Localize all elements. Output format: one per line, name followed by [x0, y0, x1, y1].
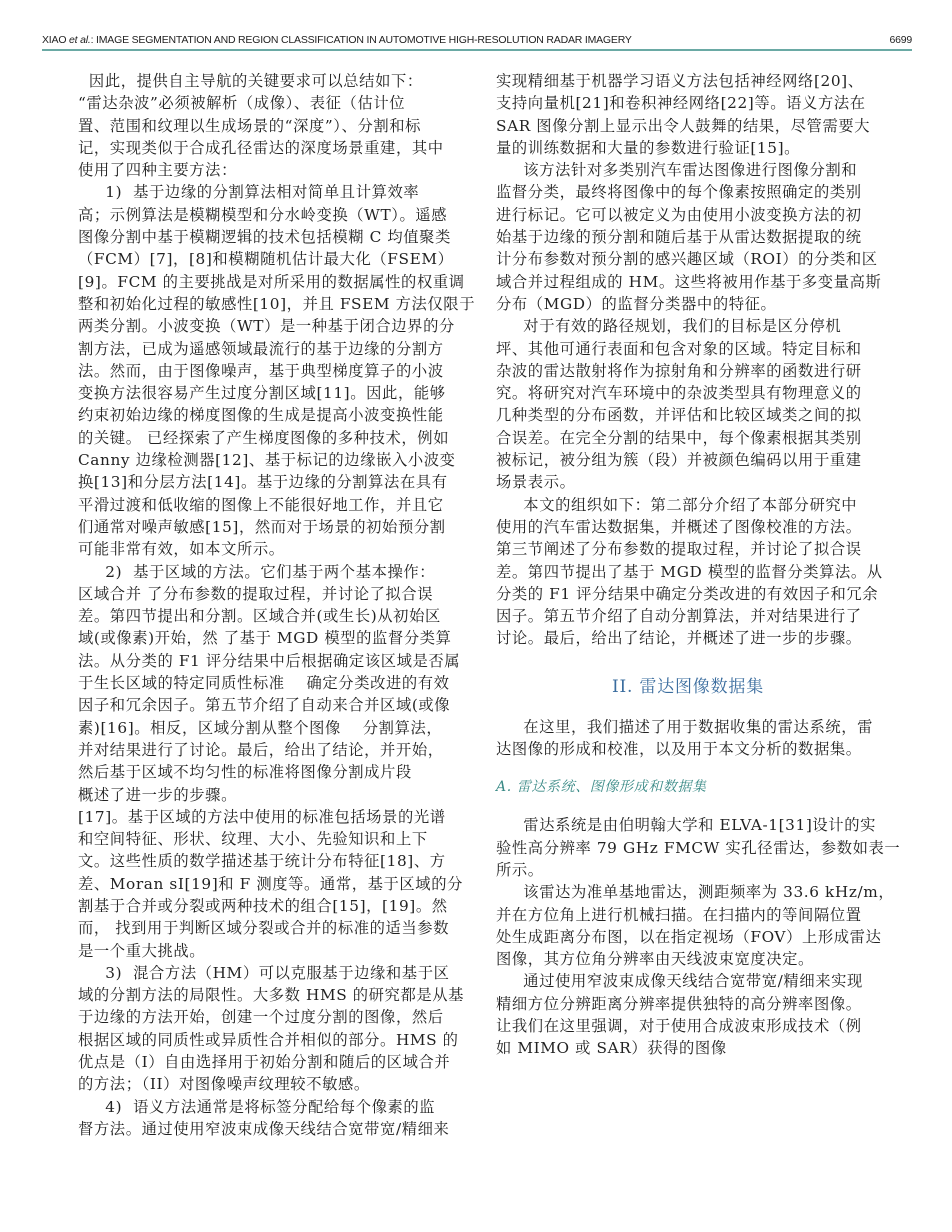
- right-column: 实现精细基于机器学习语义方法包括神经网络[20]、支持向量机[21]和卷积神经网…: [496, 70, 880, 1060]
- text-line: 1) 基于边缘的分割算法相对简单且计算效率: [78, 181, 462, 203]
- text-line: 让我们在这里强调，对于使用合成波束形成技术（例: [496, 1015, 880, 1037]
- text-line: 因此，提供自主导航的关键要求可以总结如下：: [78, 70, 462, 92]
- author-etal: et al.: [69, 34, 91, 46]
- spacer: [496, 760, 880, 774]
- section-heading: II. 雷达图像数据集: [496, 672, 880, 702]
- text-line: 然后基于区域不均匀性的标准将图像分割成片段: [78, 761, 462, 783]
- text-line: 因子和冗余因子。第五节介绍了自动来合并区域(或像: [78, 694, 462, 716]
- text-line: 差。第四节提出了基于 MGD 模型的监督分类算法。从: [496, 561, 880, 583]
- text-line: 量的训练数据和大量的参数进行验证[15]。: [496, 137, 880, 159]
- text-line: 督方法。通过使用窄波束成像天线结合宽带宽/精细来: [78, 1118, 462, 1140]
- section-intro: 在这里，我们描述了用于数据收集的雷达系统，雷达图像的形成和校准，以及用于本文分析…: [496, 716, 880, 761]
- page-number: 6699: [889, 34, 912, 46]
- text-line: 域合并过程组成的 HM。这些将被用作基于多变量高斯: [496, 271, 880, 293]
- text-line: 记，实现类似于合成孔径雷达的深度场景重建，其中: [78, 137, 462, 159]
- text-line: 几种类型的分布函数，并评估和比较区域类之间的拟: [496, 404, 880, 426]
- text-line: 精细方位分辨距离分辨率提供独特的高分辨率图像。: [496, 993, 880, 1015]
- text-line: 2) 基于区域的方法。它们基于两个基本操作：: [78, 561, 462, 583]
- text-line: 3) 混合方法（HM）可以克服基于边缘和基于区: [78, 962, 462, 984]
- text-line: 该雷达为准单基地雷达，测距频率为 33.6 kHz/m，: [496, 881, 880, 903]
- text-line: 于生长区域的特定同质性标准 确定分类改进的有效: [78, 672, 462, 694]
- text-line: 处生成距离分布图，以在指定视场（FOV）上形成雷达: [496, 926, 880, 948]
- text-line: 使用的汽车雷达数据集，并概述了图像校准的方法。: [496, 516, 880, 538]
- text-line: 达图像的形成和校准，以及用于本文分析的数据集。: [496, 738, 880, 760]
- text-line: 概述了进一步的步骤。: [78, 784, 462, 806]
- text-line: 割方法，已成为遥感领域最流行的基于边缘的分割方: [78, 338, 462, 360]
- text-line: 讨论。最后，给出了结论，并概述了进一步的步骤。: [496, 627, 880, 649]
- text-line: [17]。基于区域的方法中使用的标准包括场景的光谱: [78, 806, 462, 828]
- text-line: SAR 图像分割上显示出令人鼓舞的结果，尽管需要大: [496, 115, 880, 137]
- spacer: [496, 800, 880, 814]
- text-line: 根据区域的同质性或异质性合并相似的部分。HMS 的: [78, 1029, 462, 1051]
- text-line: Canny 边缘检测器[12]、基于标记的边缘嵌入小波变: [78, 449, 462, 471]
- text-line: 计分布参数对预分割的感兴趣区域（ROI）的分类和区: [496, 248, 880, 270]
- text-line: 图像，其方位角分辨率由天线波束宽度决定。: [496, 948, 880, 970]
- text-line: 法。从分类的 F1 评分结果中后根据确定该区域是否属: [78, 650, 462, 672]
- text-line: 究。将研究对汽车环境中的杂波类型具有物理意义的: [496, 382, 880, 404]
- text-line: 4) 语义方法通常是将标签分配给每个像素的监: [78, 1096, 462, 1118]
- text-line: 因子。第五节介绍了自动分割算法，并对结果进行了: [496, 605, 880, 627]
- text-line: 换[13]和分层方法[14]。基于边缘的分割算法在具有: [78, 471, 462, 493]
- text-line: 文。这些性质的数学描述基于统计分布特征[18]、方: [78, 850, 462, 872]
- text-line: 对于有效的路径规划，我们的目标是区分停机: [496, 315, 880, 337]
- subsection-heading: A. 雷达系统、图像形成和数据集: [496, 774, 880, 800]
- paper-title: : IMAGE SEGMENTATION AND REGION CLASSIFI…: [91, 34, 632, 46]
- text-line: 和空间特征、形状、纹理、大小、先验知识和上下: [78, 828, 462, 850]
- text-line: 本文的组织如下：第二部分介绍了本部分研究中: [496, 494, 880, 516]
- text-line: 监督分类，最终将图像中的每个像素按照确定的类别: [496, 181, 880, 203]
- text-line: 图像分割中基于模糊逻辑的技术包括模糊 C 均值聚类: [78, 226, 462, 248]
- text-line: 始基于边缘的预分割和随后基于从雷达数据提取的统: [496, 226, 880, 248]
- text-line: 雷达系统是由伯明翰大学和 ELVA-1[31]设计的实: [496, 814, 880, 836]
- text-line: 通过使用窄波束成像天线结合宽带宽/精细来实现: [496, 970, 880, 992]
- text-line: 优点是（I）自由选择用于初始分割和随后的区域合并: [78, 1051, 462, 1073]
- text-line: [9]。FCM 的主要挑战是对所采用的数据属性的权重调: [78, 271, 462, 293]
- text-line: 所示。: [496, 859, 880, 881]
- text-line: 合误差。在完全分割的结果中，每个像素根据其类别: [496, 427, 880, 449]
- text-line: 两类分割。小波变换（WT）是一种基于闭合边界的分: [78, 315, 462, 337]
- text-line: 素)[16]。相反，区域分割从整个图像 分割算法，: [78, 717, 462, 739]
- text-line: 约束初始边缘的梯度图像的生成是提高小波变换性能: [78, 404, 462, 426]
- text-line: 分类的 F1 评分结果中确定分类改进的有效因子和冗余: [496, 583, 880, 605]
- text-line: 在这里，我们描述了用于数据收集的雷达系统，雷: [496, 716, 880, 738]
- text-line: 们通常对噪声敏感[15]，然而对于场景的初始预分割: [78, 516, 462, 538]
- text-line: 法。然而，由于图像噪声，基于典型梯度算子的小波: [78, 360, 462, 382]
- text-line: 如 MIMO 或 SAR）获得的图像: [496, 1037, 880, 1059]
- text-line: 可能非常有效，如本文所示。: [78, 538, 462, 560]
- text-line: 实现精细基于机器学习语义方法包括神经网络[20]、: [496, 70, 880, 92]
- header-rule: [42, 49, 912, 51]
- text-line: 并对结果进行了讨论。最后，给出了结论，并开始，: [78, 739, 462, 761]
- text-line: 的关键。 已经探索了产生梯度图像的多种技术，例如: [78, 427, 462, 449]
- text-line: 进行标记。它可以被定义为由使用小波变换方法的初: [496, 204, 880, 226]
- text-line: 使用了四种主要方法：: [78, 159, 462, 181]
- text-line: 第三节阐述了分布参数的提取过程，并讨论了拟合误: [496, 538, 880, 560]
- spacer: [496, 650, 880, 664]
- text-line: 被标记，被分组为簇（段）并被颜色编码以用于重建: [496, 449, 880, 471]
- text-line: “雷达杂波”必须被解析（成像）、表征（估计位: [78, 92, 462, 114]
- text-line: 割基于合并或分裂或两种技术的组合[15]，[19]。然: [78, 895, 462, 917]
- text-line: 区域合并 了分布参数的提取过程，并讨论了拟合误: [78, 583, 462, 605]
- text-line: 差、Moran sI[19]和 F 测度等。通常，基于区域的分: [78, 873, 462, 895]
- text-line: 支持向量机[21]和卷积神经网络[22]等。语义方法在: [496, 92, 880, 114]
- text-line: 整和初始化过程的敏感性[10]，并且 FSEM 方法仅限于: [78, 293, 462, 315]
- text-line: 该方法针对多类别汽车雷达图像进行图像分割和: [496, 159, 880, 181]
- text-line: 坪、其他可通行表面和包含对象的区域。特定目标和: [496, 338, 880, 360]
- author-name: XIAO: [42, 34, 69, 46]
- text-line: 域的分割方法的局限性。大多数 HMS 的研究都是从基: [78, 984, 462, 1006]
- text-line: 杂波的雷达散射将作为掠射角和分辨率的函数进行研: [496, 360, 880, 382]
- text-line: 场景表示。: [496, 471, 880, 493]
- running-header: XIAO et al.: IMAGE SEGMENTATION AND REGI…: [42, 34, 912, 48]
- running-title: XIAO et al.: IMAGE SEGMENTATION AND REGI…: [42, 34, 632, 46]
- text-line: 差。第四节提出和分割。区域合并(或生长)从初始区: [78, 605, 462, 627]
- text-line: 分布（MGD）的监督分类器中的特征。: [496, 293, 880, 315]
- text-line: 是一个重大挑战。: [78, 940, 462, 962]
- text-line: （FCM）[7]，[8]和模糊随机估计最大化（FSEM）: [78, 248, 462, 270]
- left-column: 因此，提供自主导航的关键要求可以总结如下：“雷达杂波”必须被解析（成像）、表征（…: [78, 70, 462, 1140]
- spacer: [496, 702, 880, 716]
- text-line: 高；示例算法是模糊模型和分水岭变换（WT）。遥感: [78, 204, 462, 226]
- text-line: 变换方法很容易产生过度分割区域[11]。因此，能够: [78, 382, 462, 404]
- text-line: 于边缘的方法开始，创建一个过度分割的图像，然后: [78, 1006, 462, 1028]
- text-line: 的方法；（II）对图像噪声纹理较不敏感。: [78, 1073, 462, 1095]
- text-line: 验性高分辨率 79 GHz FMCW 实孔径雷达，参数如表一: [496, 837, 880, 859]
- intro-paragraphs: 实现精细基于机器学习语义方法包括神经网络[20]、支持向量机[21]和卷积神经网…: [496, 70, 880, 650]
- text-line: 平滑过渡和低收缩的图像上不能很好地工作，并且它: [78, 494, 462, 516]
- subsection-body: 雷达系统是由伯明翰大学和 ELVA-1[31]设计的实验性高分辨率 79 GHz…: [496, 814, 880, 1059]
- text-line: 置、范围和纹理以生成场景的“深度”）、分割和标: [78, 115, 462, 137]
- text-line: 域(或像素)开始，然 了基于 MGD 模型的监督分类算: [78, 627, 462, 649]
- text-line: 而， 找到用于判断区域分裂或合并的标准的适当参数: [78, 917, 462, 939]
- text-line: 并在方位角上进行机械扫描。在扫描内的等间隔位置: [496, 904, 880, 926]
